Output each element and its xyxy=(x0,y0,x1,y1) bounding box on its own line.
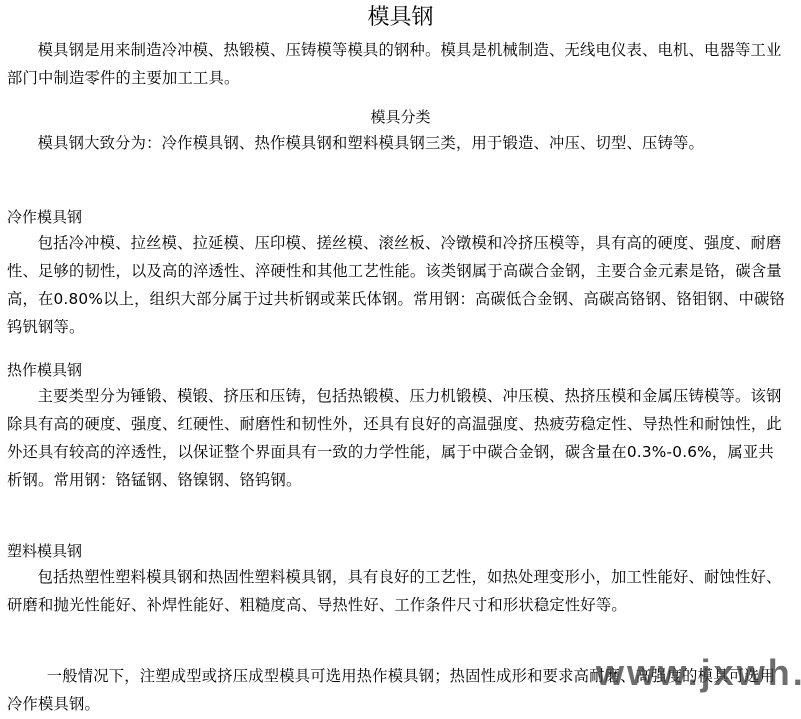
summary-paragraph: 一般情况下，注塑成型或挤压成型模具可选用热作模具钢；热固性成形和要求高耐磨、高强… xyxy=(7,662,787,718)
section-paragraph-hot-work: 主要类型分为锤锻、模锻、挤压和压铸，包括热锻模、压力机锻模、冲压模、热挤压模和金… xyxy=(7,382,787,494)
section-paragraph-plastic: 包括热塑性塑料模具钢和热固性塑料模具钢，具有良好的工艺性，如热处理变形小，加工性… xyxy=(7,563,787,619)
document-page: 模具钢 模具钢是用来制造冷冲模、热锻模、压铸模等模具的钢种。模具是机械制造、无线… xyxy=(0,0,801,719)
intro-paragraph: 模具钢是用来制造冷冲模、热锻模、压铸模等模具的钢种。模具是机械制造、无线电仪表、… xyxy=(7,36,787,92)
section-heading-plastic: 塑料模具钢 xyxy=(7,540,82,562)
section-paragraph-cold-work: 包括冷冲模、拉丝模、拉延模、压印模、搓丝模、滚丝板、冷镦模和冷挤压模等，具有高的… xyxy=(7,229,787,341)
page-title: 模具钢 xyxy=(0,4,801,32)
classification-heading: 模具分类 xyxy=(0,106,801,128)
section-heading-hot-work: 热作模具钢 xyxy=(7,359,82,381)
classification-paragraph: 模具钢大致分为：冷作模具钢、热作模具钢和塑料模具钢三类，用于锻造、冲压、切型、压… xyxy=(7,129,787,157)
section-heading-cold-work: 冷作模具钢 xyxy=(7,206,82,228)
